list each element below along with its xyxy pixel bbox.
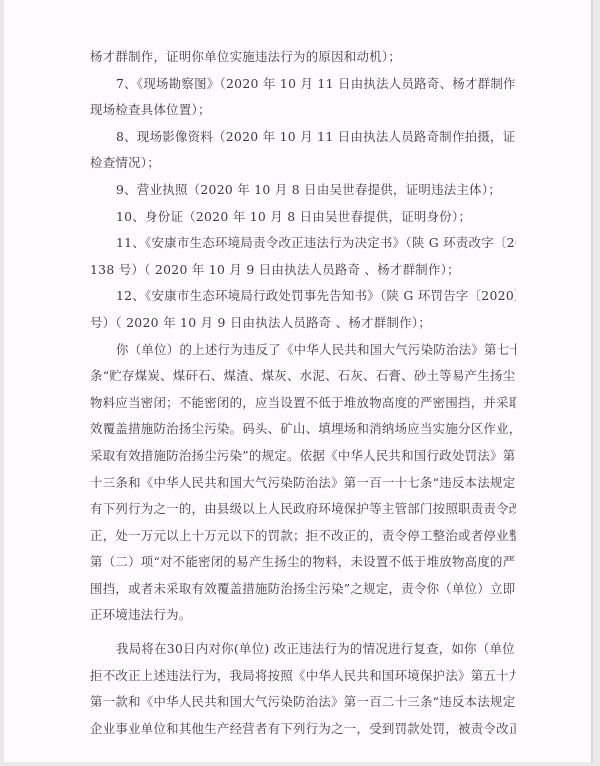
text-line: 第（二）项“对不能密闭的易产生扬尘的物料，未设置不低于堆放物高度的严密 (90, 549, 516, 576)
text-line: 采取有效措施防治扬尘污染”的规定。依据《中华人民共和国行政处罚法》第二 (90, 443, 516, 470)
text-line: 7、《现场勘察图》（2020 年 10 月 11 日由执法人员路奇、杨才群制作，… (90, 71, 516, 98)
text-line: 检查情况）； (90, 150, 516, 177)
text-line: 条“贮存煤炭、煤矸石、煤渣、煤灰、水泥、石灰、石膏、砂土等易产生扬尘的 (90, 363, 516, 390)
text-line: 十三条和《中华人民共和国大气污染防治法》第一百一十七条“违反本法规定， (90, 470, 516, 497)
text-line: 拒不改正上述违法行为，我局将按照《中华人民共和国环境保护法》第五十九条 (90, 663, 516, 690)
text-line: 我局将在30日内对你(单位) 改正违法行为的情况进行复查，如你（单位） (90, 636, 516, 663)
text-line: 物料应当密闭；不能密闭的，应当设置不低于堆放物高度的严密围挡，并采取有 (90, 390, 516, 417)
document-body: 杨才群制作，证明你单位实施违法行为的原因和动机）；7、《现场勘察图》（2020 … (90, 44, 516, 742)
text-line: 8、现场影像资料（2020 年 10 月 11 日由执法人员路奇制作拍摄，证明现… (90, 124, 516, 151)
text-line: 12、《安康市生态环境局行政处罚事先告知书》（陕 G 环罚告字〔2020〕138 (90, 283, 516, 310)
text-line: 正环境违法行为。 (90, 602, 516, 629)
text-line: 138 号）（ 2020 年 10 月 9 日由执法人员路奇 、杨才群制作）； (90, 257, 516, 284)
paragraph-gap (90, 629, 516, 636)
text-line: 效覆盖措施防治扬尘污染。码头、矿山、填埋场和消纳场应当实施分区作业，并 (90, 416, 516, 443)
text-line: 企业事业单位和其他生产经营者有下列行为之一，受到罚款处罚，被责令改正， (90, 716, 516, 743)
text-line: 11、《安康市生态环境局责令改正违法行为决定书》（陕 G 环责改字〔2020〕 (90, 230, 516, 257)
text-line: 围挡，或者未采取有效覆盖措施防治扬尘污染”之规定，责令你（单位）立即改 (90, 576, 516, 603)
text-line: 有下列行为之一的，由县级以上人民政府环境保护等主管部门按照职责责令改 (90, 496, 516, 523)
text-line: 杨才群制作，证明你单位实施违法行为的原因和动机）； (90, 44, 516, 71)
text-line: 号）（ 2020 年 10 月 9 日由执法人员路奇 、杨才群制作）； (90, 310, 516, 337)
document-page: 杨才群制作，证明你单位实施违法行为的原因和动机）；7、《现场勘察图》（2020 … (4, 0, 593, 762)
text-line: 正，处一万元以上十万元以下的罚款；拒不改正的，责令停工整治或者停业整治” (90, 523, 516, 550)
text-line: 现场检查具体位置）； (90, 97, 516, 124)
text-line: 你（单位）的上述行为违反了《中华人民共和国大气污染防治法》第七十二 (90, 337, 516, 364)
text-line: 9、营业执照（2020 年 10 月 8 日由吴世春提供，证明违法主体）； (90, 177, 516, 204)
text-line: 第一款和《中华人民共和国大气污染防治法》第一百二十三条“违反本法规定， (90, 689, 516, 716)
text-line: 10、身份证（2020 年 10 月 8 日由吴世春提供，证明身份）； (90, 204, 516, 231)
